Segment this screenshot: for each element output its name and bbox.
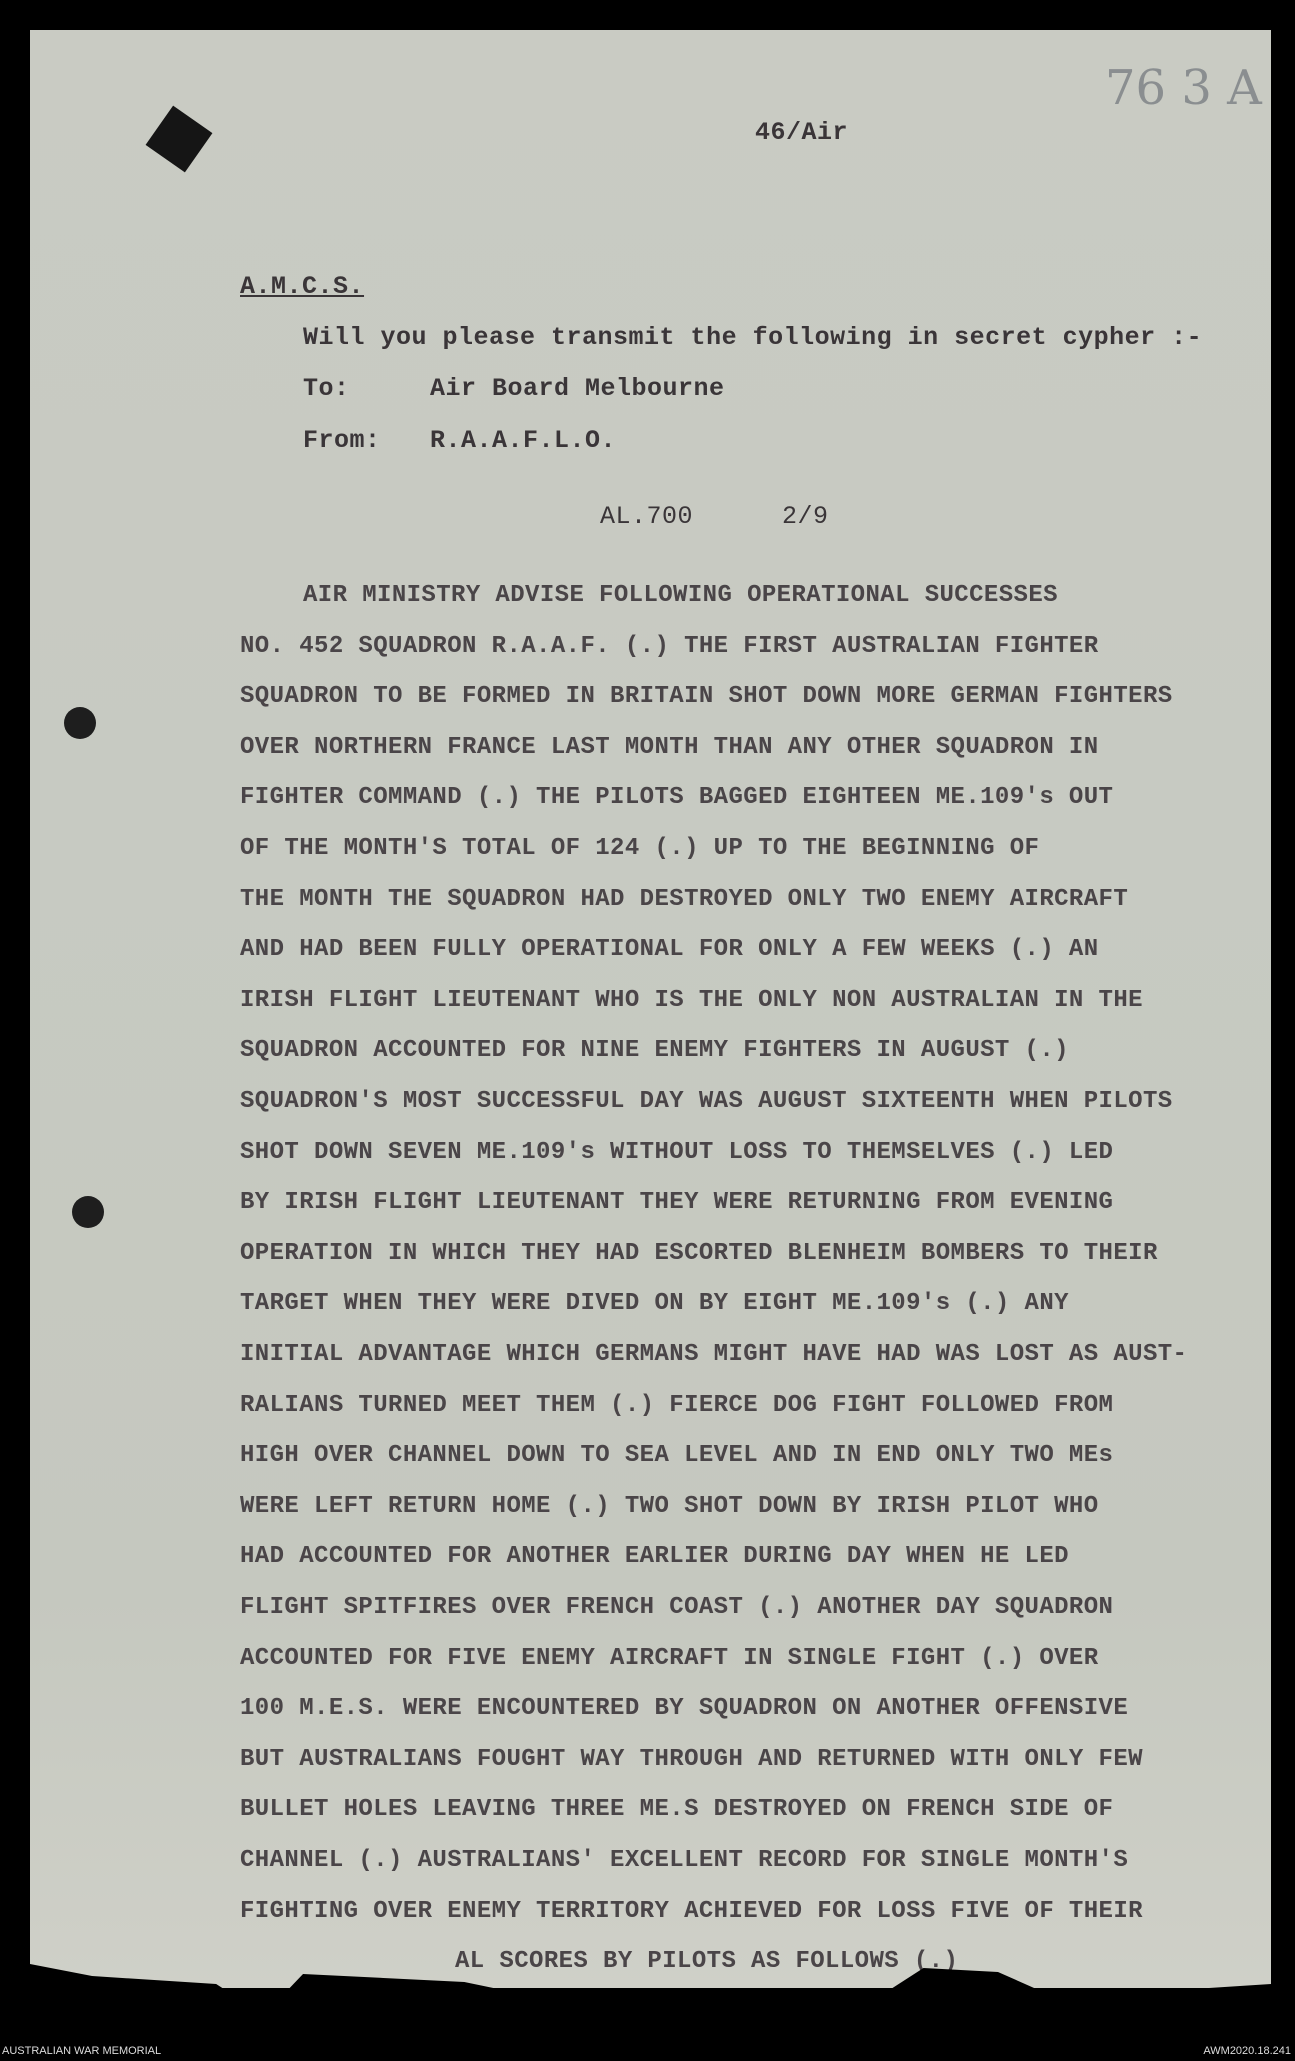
from-label: From: [303,426,381,455]
body-line: BUT AUSTRALIANS FOUGHT WAY THROUGH AND R… [240,1746,1143,1773]
body-line: BY IRISH FLIGHT LIEUTENANT THEY WERE RET… [240,1189,1113,1216]
body-line: OVER NORTHERN FRANCE LAST MONTH THAN ANY… [240,734,1099,761]
body-line: SQUADRON'S MOST SUCCESSFUL DAY WAS AUGUS… [240,1088,1173,1115]
body-line: SHOT DOWN SEVEN ME.109's WITHOUT LOSS TO… [240,1139,1113,1166]
footer-accession: AWM2020.18.241 [1203,2045,1291,2057]
footer-institution: AUSTRALIAN WAR MEMORIAL [2,2045,161,2057]
body-line: IRISH FLIGHT LIEUTENANT WHO IS THE ONLY … [240,987,1143,1014]
body-line: AL SCORES BY PILOTS AS FOLLOWS (.) [455,1948,958,1975]
body-line: RALIANS TURNED MEET THEM (.) FIERCE DOG … [240,1392,1113,1419]
body-line: SQUADRON TO BE FORMED IN BRITAIN SHOT DO… [240,683,1173,710]
punch-hole [64,707,96,739]
body-line: AIR MINISTRY ADVISE FOLLOWING OPERATIONA… [303,582,1058,609]
message-id: AL.700 [600,502,693,531]
reference-number: 46/Air [755,118,848,147]
body-line: BULLET HOLES LEAVING THREE ME.S DESTROYE… [240,1796,1113,1823]
addressee: A.M.C.S. [240,272,364,301]
body-line: FIGHTER COMMAND (.) THE PILOTS BAGGED EI… [240,784,1113,811]
punch-hole [72,1196,104,1228]
body-line: FIGHTING OVER ENEMY TERRITORY ACHIEVED F… [240,1898,1143,1925]
to-value: Air Board Melbourne [430,374,725,403]
message-date: 2/9 [782,502,829,531]
handwritten-annotation: 76 3 A [1105,60,1262,116]
body-line: ACCOUNTED FOR FIVE ENEMY AIRCRAFT IN SIN… [240,1645,1099,1672]
instruction: Will you please transmit the following i… [303,323,1202,352]
body-line: THE MONTH THE SQUADRON HAD DESTROYED ONL… [240,886,1128,913]
body-line: TARGET WHEN THEY WERE DIVED ON BY EIGHT … [240,1290,1069,1317]
body-line: OPERATION IN WHICH THEY HAD ESCORTED BLE… [240,1240,1158,1267]
body-line: CHANNEL (.) AUSTRALIANS' EXCELLENT RECOR… [240,1847,1128,1874]
body-line: HIGH OVER CHANNEL DOWN TO SEA LEVEL AND … [240,1442,1113,1469]
body-line: 100 M.E.S. WERE ENCOUNTERED BY SQUADRON … [240,1695,1128,1722]
body-line: FLIGHT SPITFIRES OVER FRENCH COAST (.) A… [240,1594,1113,1621]
body-line: AND HAD BEEN FULLY OPERATIONAL FOR ONLY … [240,936,1099,963]
to-label: To: [303,374,350,403]
body-line: HAD ACCOUNTED FOR ANOTHER EARLIER DURING… [240,1543,1069,1570]
body-line: NO. 452 SQUADRON R.A.A.F. (.) THE FIRST … [240,633,1099,660]
body-line: WERE LEFT RETURN HOME (.) TWO SHOT DOWN … [240,1493,1099,1520]
body-line: SQUADRON ACCOUNTED FOR NINE ENEMY FIGHTE… [240,1037,1069,1064]
body-line: INITIAL ADVANTAGE WHICH GERMANS MIGHT HA… [240,1341,1187,1368]
from-value: R.A.A.F.L.O. [430,426,616,455]
body-line: OF THE MONTH'S TOTAL OF 124 (.) UP TO TH… [240,835,1039,862]
